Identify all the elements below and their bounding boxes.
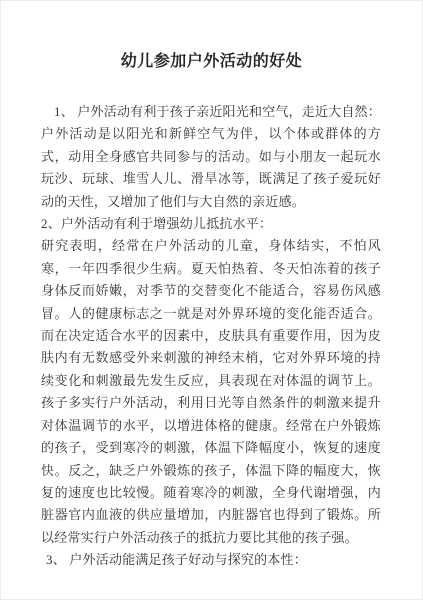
page-title: 幼儿参加户外活动的好处	[31, 51, 392, 73]
section-2-paragraph: 研究表明，经常在户外活动的儿童，身体结实，不怕风寒，一年四季很少生病。夏天怕热着…	[41, 235, 381, 549]
section-1-paragraph: 户外活动是以阳光和新鲜空气为伴，以个体或群体的方式，动用全身感官共同参与的活动。…	[41, 123, 381, 213]
section-1-heading: 1、 户外活动有利于孩子亲近阳光和空气，走近大自然：	[41, 101, 381, 123]
document-body: 1、 户外活动有利于孩子亲近阳光和空气，走近大自然： 户外活动是以阳光和新鲜空气…	[41, 101, 381, 572]
section-3-heading: 3、 户外活动能满足孩子好动与探究的本性：	[41, 549, 381, 571]
section-2-heading: 2、户外活动有利于增强幼儿抵抗水平：	[41, 213, 381, 235]
document-page: 幼儿参加户外活动的好处 1、 户外活动有利于孩子亲近阳光和空气，走近大自然： 户…	[0, 0, 423, 600]
